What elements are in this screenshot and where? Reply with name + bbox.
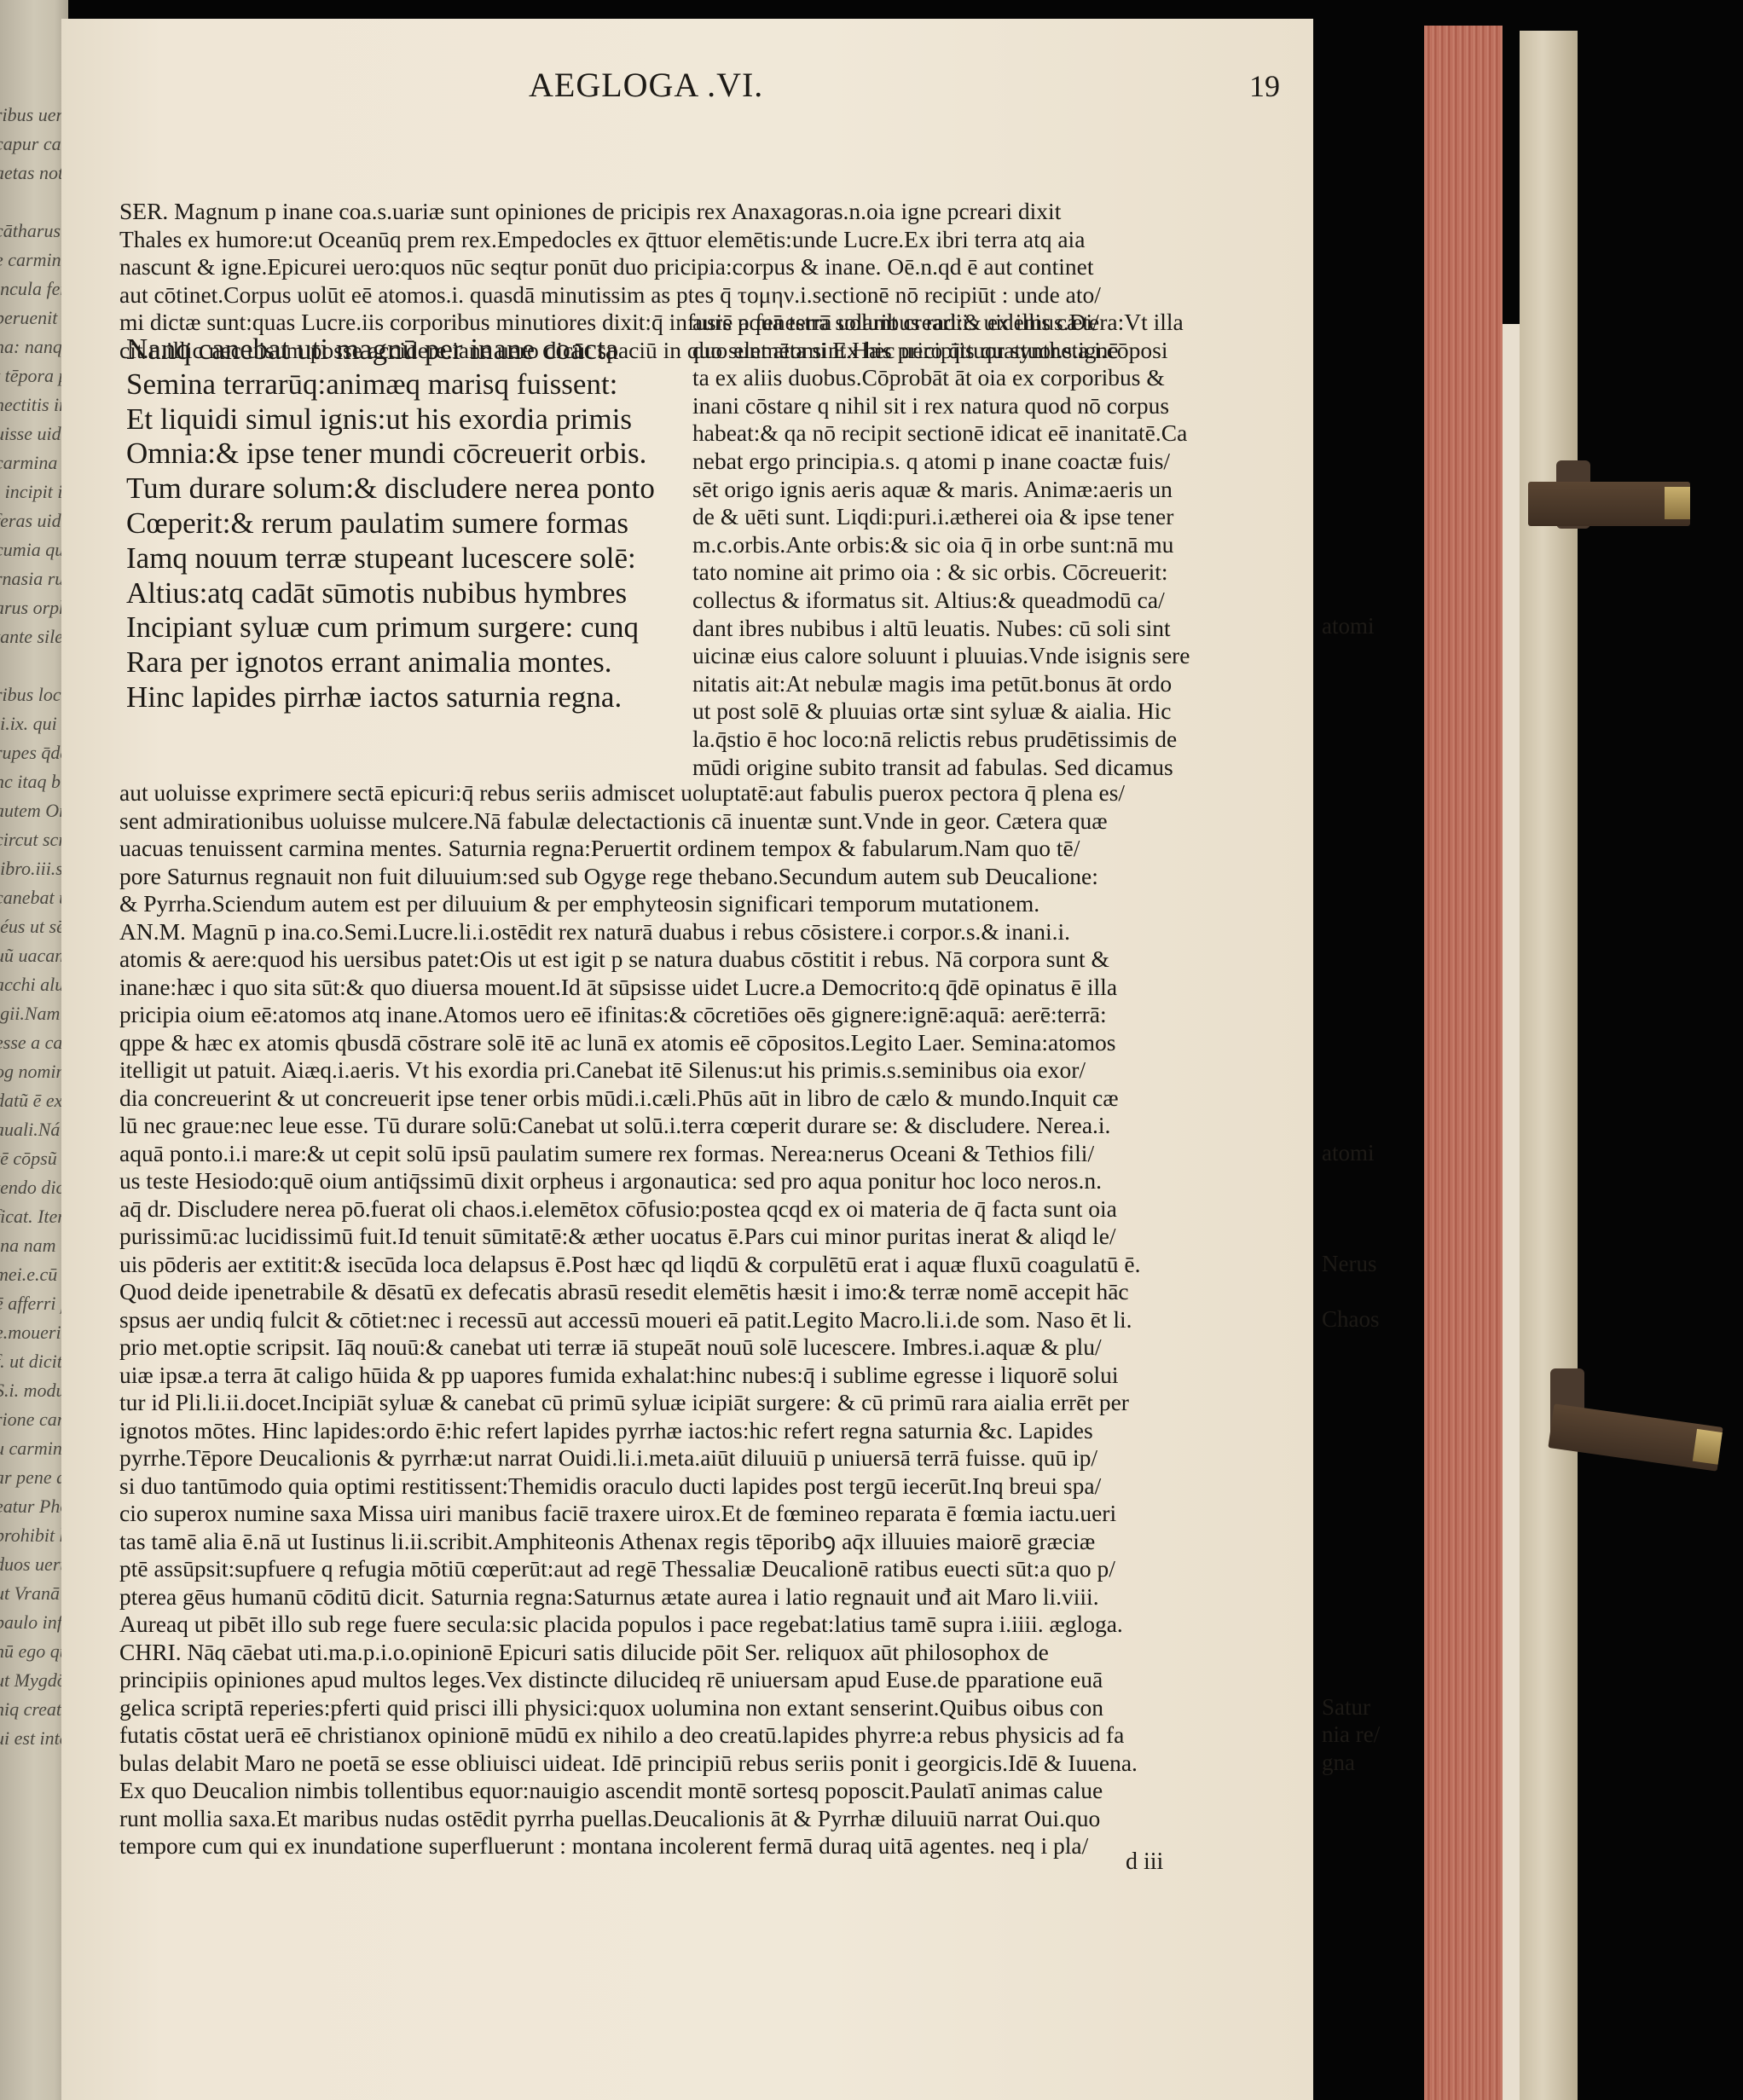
folio-number: 19 (1249, 68, 1280, 104)
marginal-note: Satur (1322, 1694, 1370, 1720)
commentary-line: lū nec graue:nec leue esse. Tū durare so… (119, 1112, 1279, 1140)
facing-left-page: ribus uero gcapur candenti gemataetas no… (0, 0, 68, 2100)
commentary-line: pricipia oium eē:atomos atq inane.Atomos… (119, 1001, 1279, 1029)
commentary-line: pyrrhe.Tēpore Deucalionis & pyrrhæ:ut na… (119, 1444, 1279, 1472)
verse-line: Hinc lapides pirrhæ iactos saturnia regn… (126, 680, 689, 715)
commentary-right-column: aurē aquā terrā uolunt creari:& ex illis… (692, 309, 1289, 781)
commentary-line: mūdi origine subito transit ad fabulas. … (692, 754, 1289, 782)
commentary-line: gelica scriptā reperies:pferti quid pris… (119, 1694, 1279, 1722)
commentary-line: sent admirationibus uoluisse mulcere.Nā … (119, 807, 1279, 836)
commentary-line: tas tamē alia ē.nā ut Iustinus li.ii.scr… (119, 1528, 1279, 1556)
verse-text-block: Nanq canebat uti magnū per inane coactaS… (126, 333, 689, 715)
commentary-line: la.q̄stio ē hoc loco:nā relictis rebus p… (692, 726, 1289, 754)
commentary-line: inani cōstare q nihil sit i rex natura q… (692, 392, 1289, 420)
marginal-note: atomi (1322, 613, 1375, 639)
verse-line: Altius:atq cadāt sūmotis nubibus hymbres (126, 576, 689, 611)
signature-mark: d iii (1126, 1848, 1163, 1876)
commentary-line: de & uēti sunt. Liqdi:puri.i.ætherei oia… (692, 503, 1289, 531)
commentary-line: inane:hæc i quo sita sūt:& quo diuersa m… (119, 974, 1279, 1002)
commentary-line: Ex quo Deucalion nimbis tollentibus equo… (119, 1777, 1279, 1805)
commentary-line: uicinæ eius calore soluunt i pluuias.Vnd… (692, 642, 1289, 670)
commentary-line: nebat ergo principia.s. q atomi p inane … (692, 448, 1289, 476)
commentary-line: CHRI. Nāq cāebat uti.ma.p.i.o.opinionē E… (119, 1639, 1279, 1667)
verse-line: Nanq canebat uti magnū per inane coacta (126, 333, 689, 367)
commentary-line: collectus & iformatus sit. Altius:& quea… (692, 587, 1289, 615)
verse-line: Et liquidi simul ignis:ut his exordia pr… (126, 402, 689, 437)
commentary-line: tur id Pli.li.ii.docet.Incipiāt syluæ & … (119, 1389, 1279, 1417)
marginal-note: gna (1322, 1750, 1355, 1775)
commentary-line: dia concreuerint & ut concreuerit ipse t… (119, 1085, 1279, 1113)
commentary-line: Thales ex humore:ut Oceanūq prem rex.Emp… (119, 226, 1279, 254)
commentary-line: SER. Magnum p inane coa.s.uariæ sunt opi… (119, 198, 1279, 226)
commentary-line: principiis opiniones apud multos leges.V… (119, 1666, 1279, 1694)
commentary-line: tato nomine ait primo oia : & sic orbis.… (692, 558, 1289, 587)
page-edge-light (1503, 324, 1520, 2100)
red-page-edges (1424, 26, 1503, 2100)
commentary-line: habeat:& qa nō recipit sectionē idicat e… (692, 419, 1289, 448)
commentary-line: ptē assūpsit:supfuere q refugia mōtiū cœ… (119, 1555, 1279, 1583)
vellum-binding-board (1520, 31, 1578, 2100)
commentary-line: aq̄ dr. Discludere nerea pō.fuerat oli c… (119, 1195, 1279, 1224)
verse-line: Semina terrarūq:animæq marisq fuissent: (126, 367, 689, 402)
commentary-line: aut uoluisse exprimere sectā epicuri:q̄ … (119, 779, 1279, 807)
commentary-line: cio superox numine saxa Missa uiri manib… (119, 1500, 1279, 1528)
commentary-line: nascunt & igne.Epicurei uero:quos nūc se… (119, 253, 1279, 281)
verse-line: Rara per ignotos errant animalia montes. (126, 645, 689, 680)
commentary-line: us teste Hesiodo:quē oium antiq̄ssimū di… (119, 1167, 1279, 1195)
commentary-line: tempore cum qui ex inundatione superflue… (119, 1832, 1279, 1860)
commentary-line: Quod deide ipenetrabile & dēsatū ex defe… (119, 1278, 1279, 1306)
commentary-line: prio met.optie scripsit. Iāq nouū:& cane… (119, 1333, 1279, 1362)
marginal-note: nia re/ (1322, 1721, 1380, 1747)
commentary-line: si duo tantūmodo quia optimi restitissen… (119, 1472, 1279, 1501)
commentary-line: spsus aer undiq fulcit & cōtiet:nec i re… (119, 1306, 1279, 1334)
commentary-line: m.c.orbis.Ante orbis:& sic oia q̄ in orb… (692, 531, 1289, 559)
commentary-line: itelligit ut patuit. Aiæq.i.aeris. Vt hi… (119, 1056, 1279, 1085)
verse-line: Omnia:& ipse tener mundi cōcreuerit orbi… (126, 437, 689, 471)
commentary-line: uiæ ipsæ.a terra āt caligo hūida & pp ua… (119, 1362, 1279, 1390)
commentary-line: aquā ponto.i.i mare:& ut cepit solū ipsū… (119, 1140, 1279, 1168)
commentary-line: nitatis ait:At nebulæ magis ima petūt.bo… (692, 670, 1289, 698)
verse-line: Iamq nouum terræ stupeant lucescere solē… (126, 541, 689, 576)
commentary-bottom-block: aut uoluisse exprimere sectā epicuri:q̄ … (119, 779, 1279, 1860)
commentary-line: runt mollia saxa.Et maribus nudas ostēdi… (119, 1805, 1279, 1833)
commentary-line: qppe & hæc ex atomis qbusdā cōstrare sol… (119, 1029, 1279, 1057)
commentary-line: futatis cōstat uerā eē christianox opini… (119, 1721, 1279, 1750)
commentary-line: AN.M. Magnū p ina.co.Semi.Lucre.li.i.ost… (119, 918, 1279, 946)
commentary-line: pore Saturnus regnauit non fuit diluuium… (119, 863, 1279, 891)
commentary-line: aut cōtinet.Corpus uolūt eē atomos.i. qu… (119, 281, 1279, 310)
commentary-line: duo elemēta sint.Hæc uero q̄ttuor synthe… (692, 337, 1289, 365)
commentary-line: ta ex aliis duobus.Cōprobāt āt oia ex co… (692, 364, 1289, 392)
verse-line: Incipiant syluæ cum primum surgere: cunq (126, 610, 689, 645)
commentary-line: purissimū:ac lucidissimū fuit.Id tenuit … (119, 1223, 1279, 1251)
commentary-line: bulas delabit Maro ne poetā se esse obli… (119, 1750, 1279, 1778)
commentary-line: & Pyrrha.Sciendum autem est per diluuium… (119, 890, 1279, 918)
commentary-line: ut post solē & pluuias ortæ sint syluæ &… (692, 697, 1289, 726)
commentary-line: pterea gēus humanū cōditū dicit. Saturni… (119, 1583, 1279, 1611)
verse-line: Cœperit:& rerum paulatim sumere formas (126, 506, 689, 541)
running-head: AEGLOGA .VI. (529, 65, 763, 105)
verse-line: Tum durare solum:& discludere nerea pont… (126, 471, 689, 506)
marginal-note: Nerus (1322, 1251, 1376, 1276)
clasp-top-icon (1528, 482, 1690, 526)
marginal-note: Chaos (1322, 1306, 1380, 1332)
commentary-line: uacuas tenuissent carmina mentes. Saturn… (119, 835, 1279, 863)
marginal-note: atomi (1322, 1140, 1375, 1166)
commentary-line: aurē aquā terrā uolunt creari:& ex illis… (692, 309, 1289, 337)
commentary-line: atomis & aere:quod his uersibus patet:Oi… (119, 946, 1279, 974)
commentary-line: dant ibres nubibus i altū leuatis. Nubes… (692, 615, 1289, 643)
commentary-line: uis pōderis aer extitit:& isecūda loca d… (119, 1251, 1279, 1279)
commentary-line: ignotos mōtes. Hinc lapides:ordo ē:hic r… (119, 1417, 1279, 1445)
commentary-line: Aureaq ut pibēt illo sub rege fuere secu… (119, 1611, 1279, 1639)
commentary-line: sēt origo ignis aeris aquæ & maris. Anim… (692, 476, 1289, 504)
